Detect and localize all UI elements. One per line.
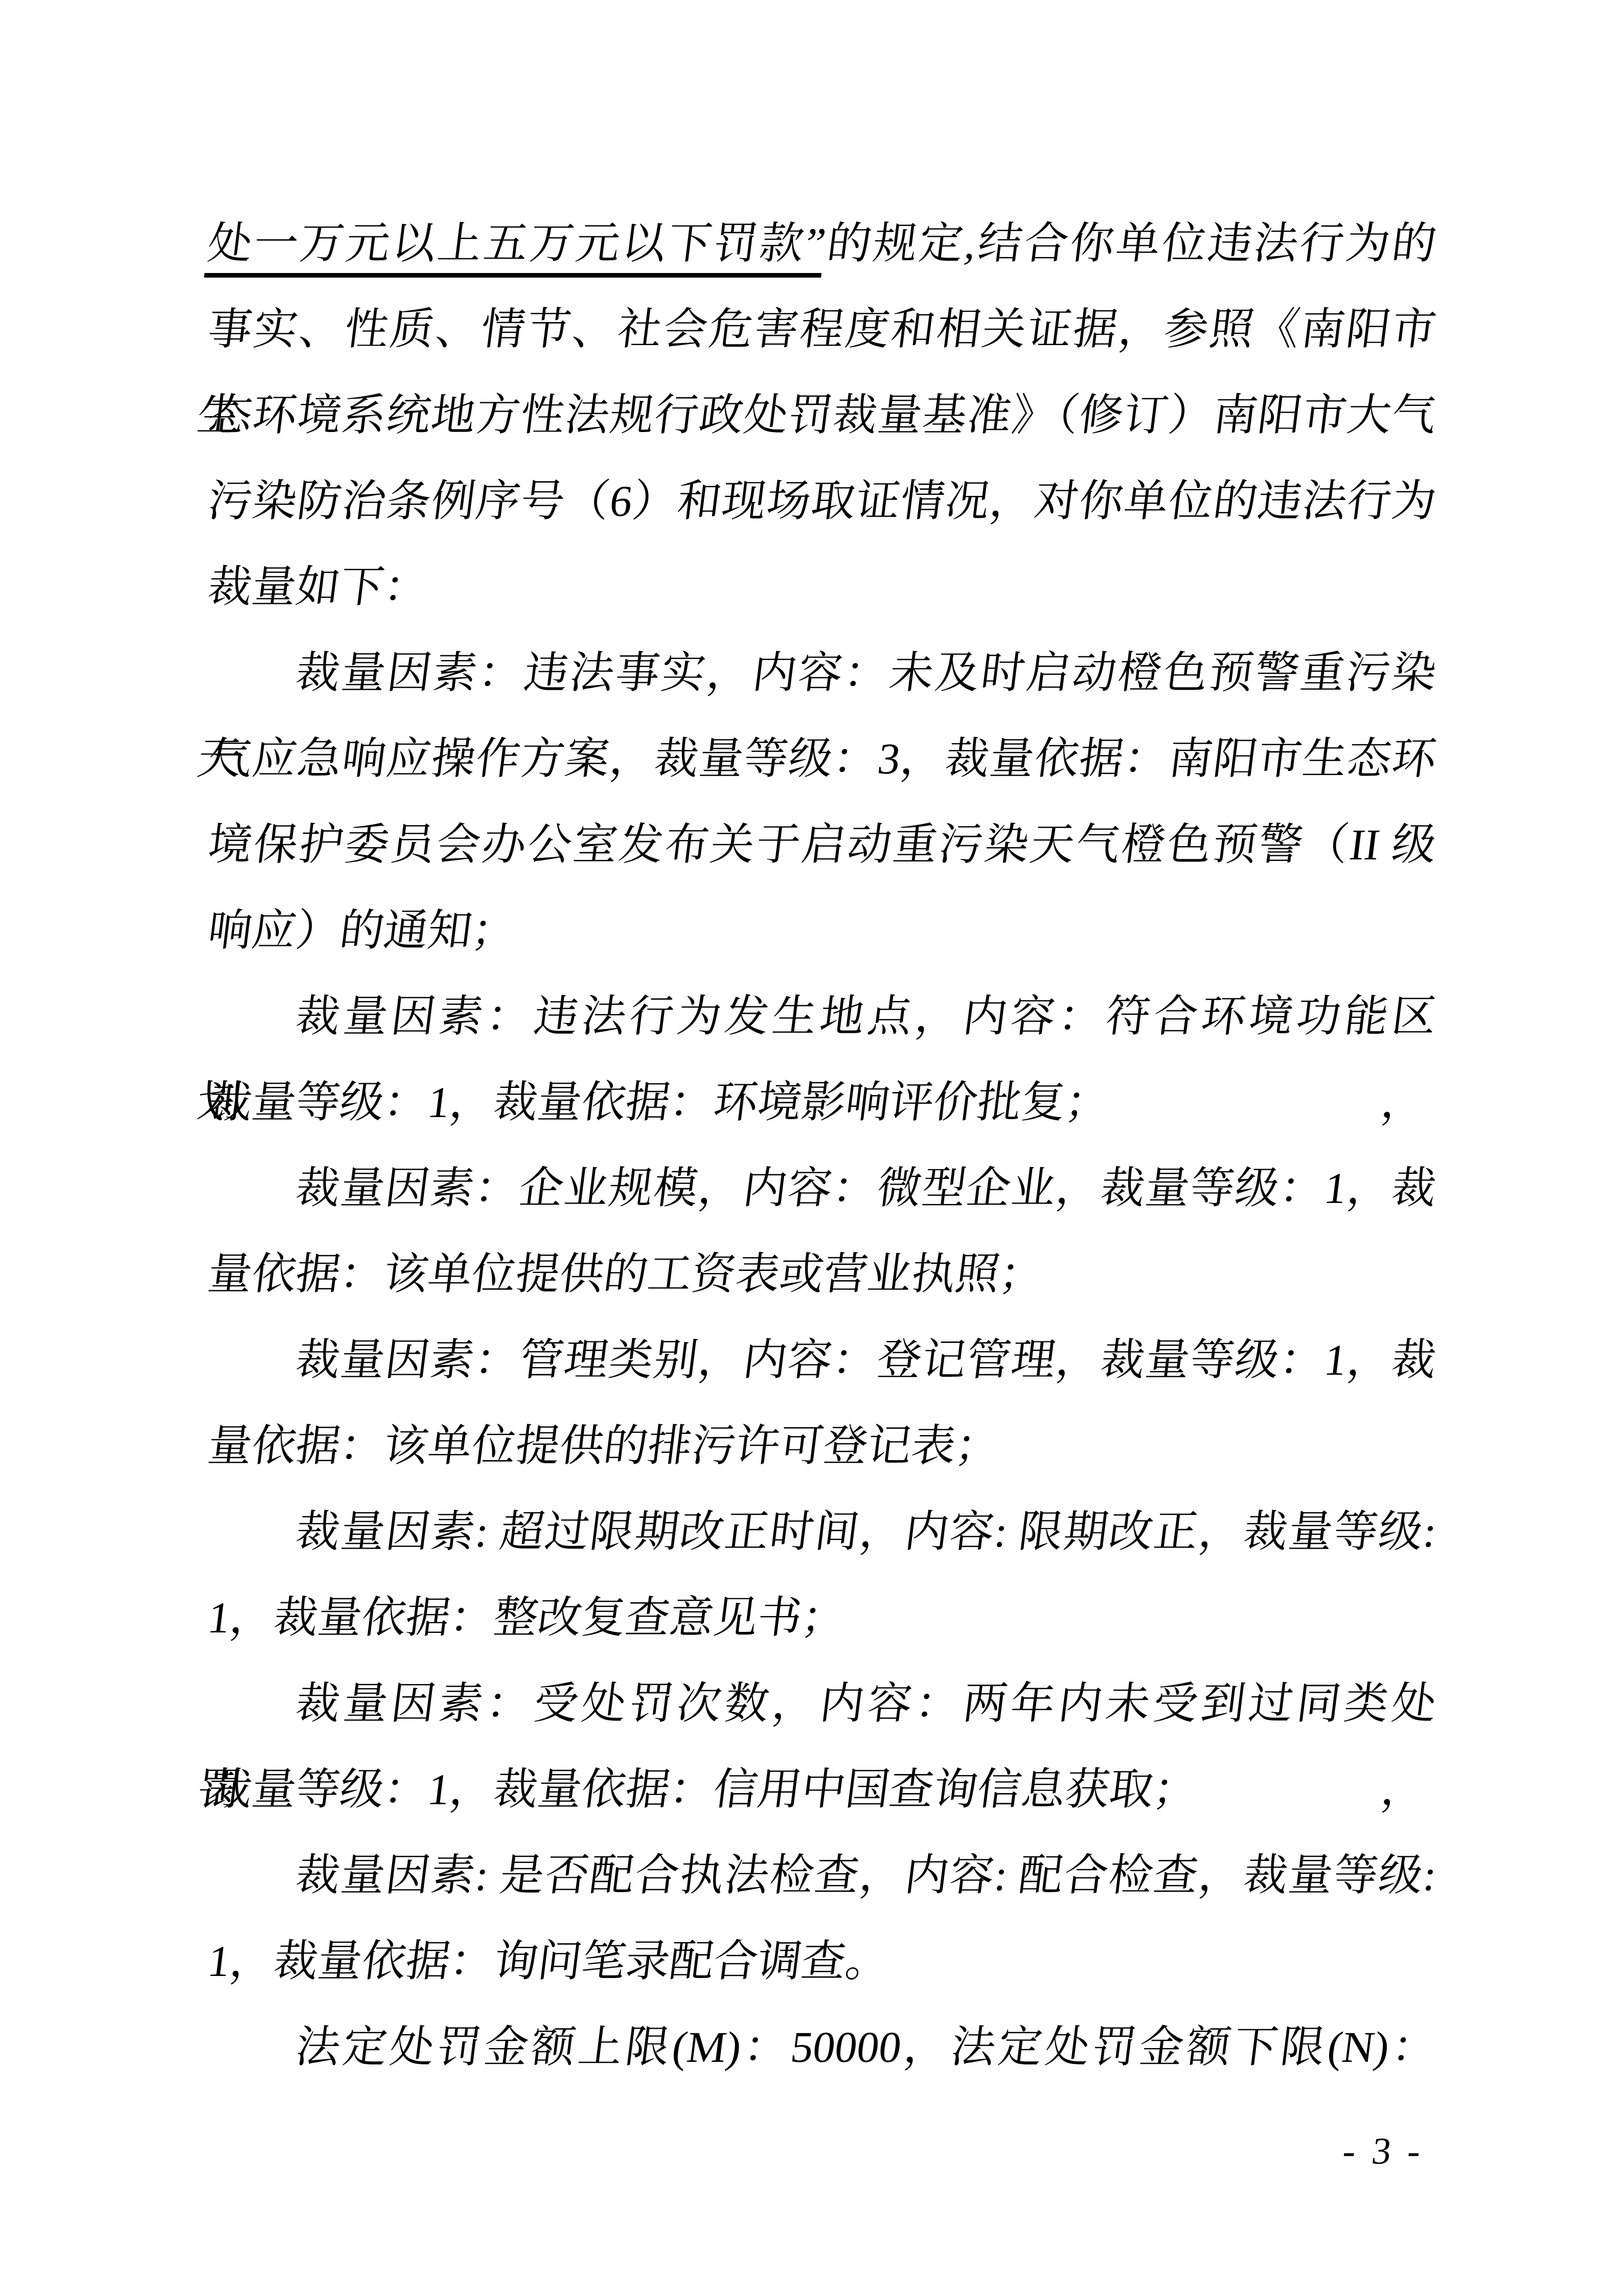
text-line: 量依据：该单位提供的工资表或营业执照； bbox=[203, 1231, 1442, 1317]
text-line: 裁量因素：企业规模，内容：微型企业，裁量等级：1，裁 bbox=[203, 1145, 1442, 1231]
text-segment: 气应急响应操作方案，裁量等级：3，裁量依据：南阳市生态环 bbox=[205, 734, 1439, 783]
text-segment: 境保护委员会办公室发布关于启动重污染天气橙色预警（II 级 bbox=[205, 820, 1439, 869]
text-segment: 裁量如下： bbox=[205, 562, 431, 611]
text-line: 量依据：该单位提供的排污许可登记表； bbox=[203, 1403, 1442, 1489]
text-line: 裁量等级：1，裁量依据：信用中国查询信息获取； bbox=[203, 1746, 1442, 1832]
text-segment: 法定处罚金额上限(M)：50000，法定处罚金额下限(N)： bbox=[293, 2022, 1439, 2072]
page-number: - 3 - bbox=[1339, 2121, 1424, 2182]
text-line: 裁量因素：受处罚次数，内容：两年内未受到过同类处罚， bbox=[203, 1661, 1442, 1746]
text-line: 气应急响应操作方案，裁量等级：3，裁量依据：南阳市生态环 bbox=[203, 716, 1442, 802]
text-segment: 1，裁量依据：整改复查意见书； bbox=[205, 1593, 849, 1642]
text-segment: 裁量因素：管理类别，内容：登记管理，裁量等级：1，裁 bbox=[293, 1335, 1439, 1384]
text-segment: 态环境系统地方性法规行政处罚裁量基准》（修订）南阳市大气 bbox=[205, 391, 1439, 440]
text-line: 处一万元以上五万元以下罚款”的规定,结合你单位违法行为的 bbox=[203, 200, 1442, 286]
text-segment: 裁量因素: 超过限期改正时间，内容: 限期改正，裁量等级: bbox=[293, 1507, 1439, 1556]
text-segment: 响应）的通知； bbox=[205, 906, 519, 955]
text-segment: 量依据：该单位提供的工资表或营业执照； bbox=[205, 1249, 1046, 1299]
text-line: 1，裁量依据：询问笔录配合调查。 bbox=[203, 1918, 1442, 2004]
text-segment: 裁量等级：1，裁量依据：信用中国查询信息获取； bbox=[205, 1765, 1200, 1814]
text-line: 裁量因素：管理类别，内容：登记管理，裁量等级：1，裁 bbox=[203, 1317, 1442, 1403]
text-line: 裁量因素: 是否配合执法检查，内容: 配合检查，裁量等级: bbox=[203, 1832, 1442, 1918]
text-line: 境保护委员会办公室发布关于启动重污染天气橙色预警（II 级 bbox=[203, 802, 1442, 888]
text-segment: 裁量因素：企业规模，内容：微型企业，裁量等级：1，裁 bbox=[293, 1164, 1439, 1213]
text-line: 事实、性质、情节、社会危害程度和相关证据，参照《南阳市生 bbox=[203, 286, 1442, 372]
text-line: 裁量因素: 超过限期改正时间，内容: 限期改正，裁量等级: bbox=[203, 1489, 1442, 1575]
document-body: 处一万元以上五万元以下罚款”的规定,结合你单位违法行为的事实、性质、情节、社会危… bbox=[204, 200, 1432, 2090]
text-segment: 的规定,结合你单位违法行为的 bbox=[823, 219, 1439, 268]
text-line: 态环境系统地方性法规行政处罚裁量基准》（修订）南阳市大气 bbox=[203, 372, 1442, 458]
text-segment: 1，裁量依据：询问笔录配合调查。 bbox=[205, 1937, 893, 1986]
text-line: 响应）的通知； bbox=[203, 888, 1442, 973]
text-line: 裁量如下： bbox=[203, 544, 1442, 630]
text-segment: 污染防治条例序号（6）和现场取证情况，对你单位的违法行为 bbox=[205, 476, 1439, 526]
text-line: 1，裁量依据：整改复查意见书； bbox=[203, 1575, 1442, 1661]
document-page: 处一万元以上五万元以下罚款”的规定,结合你单位违法行为的事实、性质、情节、社会危… bbox=[0, 0, 1622, 2296]
text-line: 裁量因素：违法事实，内容：未及时启动橙色预警重污染天 bbox=[203, 630, 1442, 716]
underlined-text: 处一万元以上五万元以下罚款” bbox=[204, 219, 828, 278]
text-line: 污染防治条例序号（6）和现场取证情况，对你单位的违法行为 bbox=[203, 458, 1442, 544]
text-line: 法定处罚金额上限(M)：50000，法定处罚金额下限(N)： bbox=[203, 2004, 1442, 2090]
text-segment: 裁量等级：1，裁量依据：环境影响评价批复； bbox=[205, 1078, 1112, 1127]
text-segment: 裁量因素: 是否配合执法检查，内容: 配合检查，裁量等级: bbox=[293, 1851, 1439, 1900]
text-line: 裁量因素：违法行为发生地点，内容：符合环境功能区划， bbox=[203, 973, 1442, 1059]
text-segment: 量依据：该单位提供的排污许可登记表； bbox=[205, 1421, 1002, 1470]
text-line: 裁量等级：1，裁量依据：环境影响评价批复； bbox=[203, 1059, 1442, 1145]
